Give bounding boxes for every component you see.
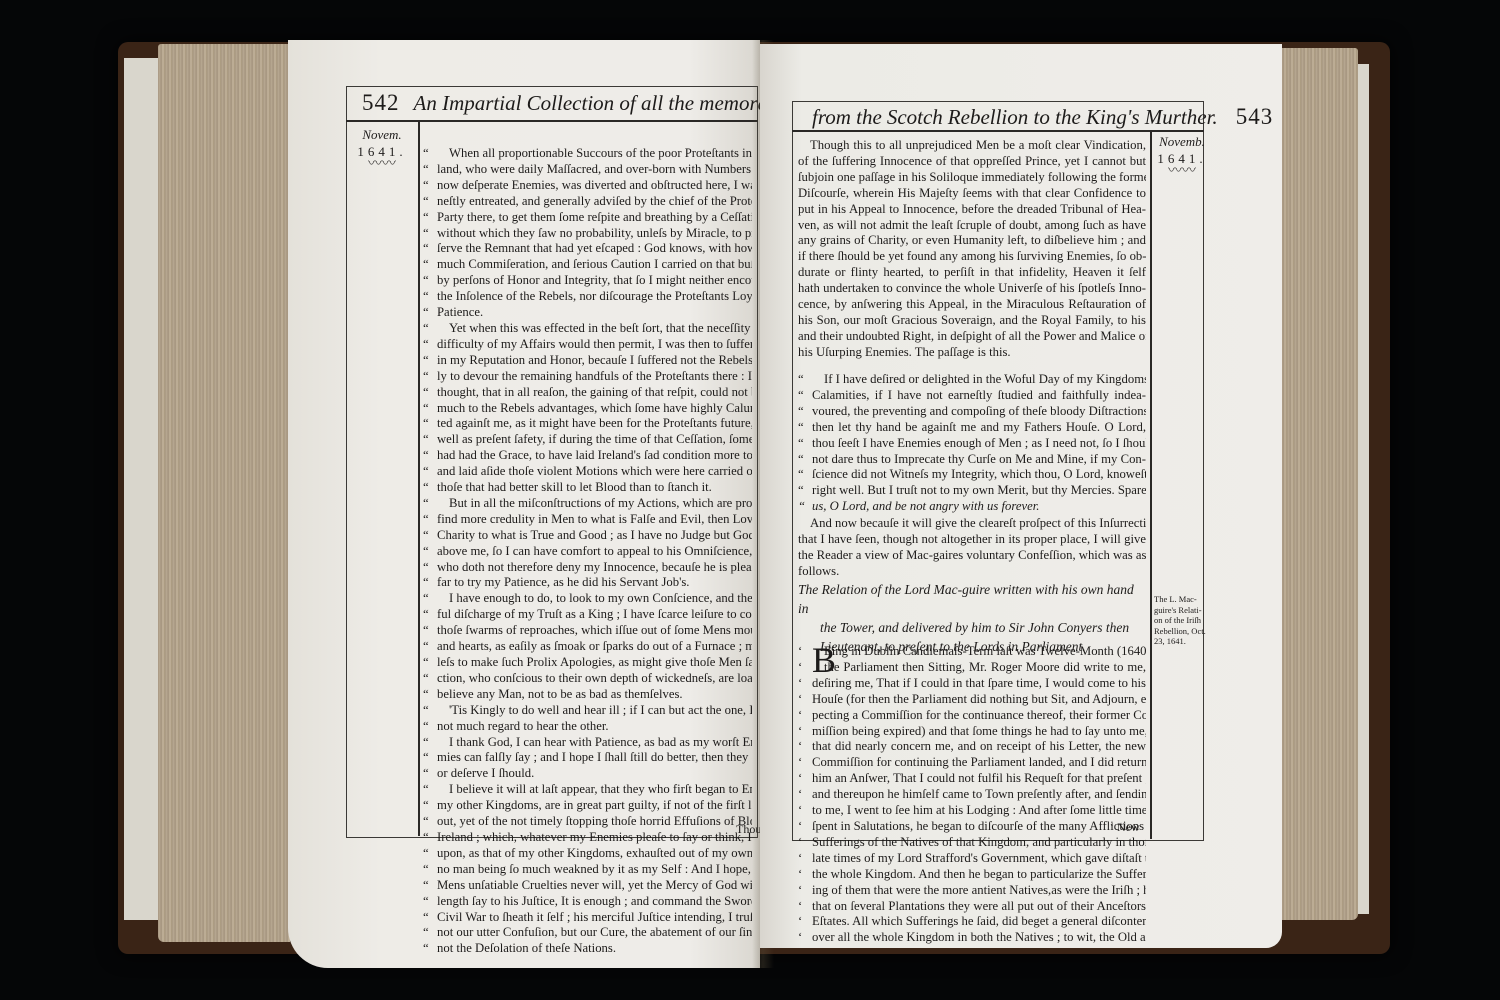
text-line: “not dare thus to Imprecate thy Curſe on… bbox=[798, 452, 1146, 468]
text-line: ven, as will not admit the leaſt ſcruple… bbox=[798, 218, 1146, 234]
heading-line: the Tower, and delivered by him to Sir J… bbox=[798, 618, 1146, 637]
line-text: put in his Appeal to Innocence, before t… bbox=[798, 202, 1146, 216]
text-line: “not the Deſolation of theſe Nations. bbox=[423, 941, 752, 957]
line-text: upon, as that of my other Kingdoms, exha… bbox=[437, 846, 752, 860]
text-line: “or deſerve I ſhould. bbox=[423, 766, 752, 782]
line-text: If I have deſired or delighted in the Wo… bbox=[824, 372, 1146, 386]
margin-column-rule bbox=[418, 122, 420, 836]
running-head-part-1: from the bbox=[812, 105, 882, 130]
quote-mark: “ bbox=[798, 404, 812, 420]
text-line: that I have ſeen, though not altogether … bbox=[798, 532, 1146, 548]
line-text: Yet when this was effected in the beſt ſ… bbox=[449, 321, 752, 335]
line-text: or deſerve I ſhould. bbox=[437, 766, 534, 780]
text-line: his Uſurping Enemies. The paſſage is thi… bbox=[798, 345, 1146, 361]
text-line: ‘miſſion being expired) and that ſome th… bbox=[798, 724, 1146, 740]
line-text: over all the whole Kingdom in both the N… bbox=[812, 930, 1146, 944]
page-number: 543 bbox=[1236, 104, 1274, 130]
quote-mark: ‘ bbox=[798, 724, 812, 740]
line-text: much to the Rebels advantages, which ſom… bbox=[437, 401, 752, 415]
line-text: without which they ſaw no probability, u… bbox=[437, 226, 752, 240]
text-line: ‘late times of my Lord Strafford's Gover… bbox=[798, 851, 1146, 867]
quote-mark: “ bbox=[798, 420, 812, 436]
quote-mark: ‘ bbox=[798, 851, 812, 867]
quote-mark: “ bbox=[423, 162, 437, 178]
text-line: ‘pecting a Commiſſion for the continuanc… bbox=[798, 708, 1146, 724]
quote-mark: “ bbox=[423, 750, 437, 766]
quote-mark: “ bbox=[423, 210, 437, 226]
marginal-note: The L. Mac-guire's Relati-on of the Iriſ… bbox=[1154, 594, 1210, 647]
text-line: ‘that did nearly concern me, and on rece… bbox=[798, 739, 1146, 755]
right-page-header: from the Scotch Rebellion to the King's … bbox=[812, 104, 1273, 130]
running-head-part-2: Scotch bbox=[887, 105, 943, 130]
line-text: Eing in Dublin Candlemaſs-Term laſt was … bbox=[824, 644, 1146, 658]
quote-mark: “ bbox=[423, 512, 437, 528]
text-line: “the Inſolence of the Rebels, nor diſcou… bbox=[423, 289, 752, 305]
line-text: Calamities, if I have not earneſtly ſtud… bbox=[812, 388, 1146, 402]
line-text: had had the Grace, to have laid Ireland'… bbox=[437, 448, 752, 462]
text-line: “much to the Rebels advantages, which ſo… bbox=[423, 401, 752, 417]
text-line: “now deſperate Enemies, was diverted and… bbox=[423, 178, 752, 194]
text-line: “Charity to what is True and Good ; as I… bbox=[423, 528, 752, 544]
text-line: put in his Appeal to Innocence, before t… bbox=[798, 202, 1146, 218]
text-line: follows. bbox=[798, 564, 1146, 580]
transition-paragraph: And now becauſe it will give the cleareſ… bbox=[798, 516, 1146, 580]
catchword: ‘ New bbox=[1110, 820, 1140, 835]
quote-mark: “ bbox=[423, 703, 437, 719]
line-text: voured, the preventing and compoſing of … bbox=[812, 404, 1146, 418]
text-line: “out, yet of the not timely ſtopping tho… bbox=[423, 814, 752, 830]
text-line: “well as preſent ſafety, if during the t… bbox=[423, 432, 752, 448]
quote-mark: ‘ bbox=[798, 739, 812, 755]
quote-mark: “ bbox=[423, 432, 437, 448]
line-text: Charity to what is True and Good ; as I … bbox=[437, 528, 752, 542]
text-line: ſubjoin one paſſage in his Soliloque imm… bbox=[798, 170, 1146, 186]
line-text: durate or flinty hearted, to perſiſt in … bbox=[798, 265, 1146, 279]
line-text: believe any Man, not to be as bad as the… bbox=[437, 687, 683, 701]
header-rule bbox=[346, 120, 758, 122]
line-text: well as preſent ſafety, if during the ti… bbox=[437, 432, 752, 446]
quote-mark: “ bbox=[423, 623, 437, 639]
line-text: I have enough to do, to look to my own C… bbox=[449, 591, 752, 605]
line-text: When all proportionable Succours of the … bbox=[449, 146, 752, 160]
line-text: the Parliament then Sitting, Mr. Roger M… bbox=[824, 660, 1146, 674]
quote-mark: ‘ bbox=[798, 914, 812, 930]
text-line: the Reader a view of Mac-gaires voluntar… bbox=[798, 548, 1146, 564]
line-text: Diſcourſe, wherein His Majeſty ſeems wit… bbox=[798, 186, 1146, 200]
quote-mark: “ bbox=[798, 499, 812, 515]
text-line: And now becauſe it will give the cleareſ… bbox=[798, 516, 1146, 532]
text-line: ‘over all the whole Kingdom in both the … bbox=[798, 930, 1146, 946]
line-text: land, who were daily Maſſacred, and over… bbox=[437, 162, 752, 176]
line-text: right well. But I truſt not to my own Me… bbox=[812, 483, 1146, 497]
line-text: not our utter Confuſion, but our Cure, t… bbox=[437, 925, 752, 939]
line-text: neſtly entreated, and generally adviſed … bbox=[437, 194, 752, 208]
quote-mark: ‘ bbox=[798, 819, 812, 835]
quote-mark: “ bbox=[423, 289, 437, 305]
quote-mark: “ bbox=[423, 894, 437, 910]
line-text: the whole Kingdom. And then he began to … bbox=[812, 867, 1146, 881]
margin-column-rule bbox=[1150, 132, 1152, 839]
text-line: “mies can falſly ſay ; and I hope I ſhal… bbox=[423, 750, 752, 766]
line-text: 'Tis Kingly to do well and hear ill ; if… bbox=[449, 703, 752, 717]
text-line: “leſs to make ſuch Prolix Apologies, as … bbox=[423, 655, 752, 671]
quote-mark: ‘ bbox=[798, 692, 812, 708]
quote-mark: ‘ bbox=[798, 803, 812, 819]
quote-mark: ‘ bbox=[798, 835, 812, 851]
line-text: Civil War to ſheath it ſelf ; his mercif… bbox=[437, 910, 752, 924]
margin-date: Novemb. 1641. 〰〰 bbox=[1152, 133, 1212, 177]
line-text: miſſion being expired) and that ſome thi… bbox=[812, 724, 1146, 738]
sidenote-line: guire's Relati- bbox=[1154, 605, 1210, 616]
text-line: “right well. But I truſt not to my own M… bbox=[798, 483, 1146, 499]
quote-mark: “ bbox=[423, 687, 437, 703]
quote-mark: “ bbox=[423, 735, 437, 751]
text-line: “my other Kingdoms, are in great part gu… bbox=[423, 798, 752, 814]
text-line: “find more credulity in Men to what is F… bbox=[423, 512, 752, 528]
line-text: ſpent in Salutations, he began to diſcou… bbox=[812, 819, 1146, 833]
quote-mark: “ bbox=[423, 321, 437, 337]
quote-mark: “ bbox=[423, 862, 437, 878]
text-line: any grains of Charity, or even Humanity … bbox=[798, 233, 1146, 249]
running-head-part-3: Rebellion to the King's Murther. bbox=[948, 105, 1218, 130]
line-text: then let thy hand be againſt me and my F… bbox=[812, 420, 1146, 434]
line-text: Party there, to get them ſome reſpite an… bbox=[437, 210, 752, 224]
text-line: ‘deſiring me, That if I could in that ſp… bbox=[798, 676, 1146, 692]
text-line: “length ſay to his Juſtice, It is enough… bbox=[423, 894, 752, 910]
line-text: late times of my Lord Strafford's Govern… bbox=[812, 851, 1146, 865]
soliloquy-quote: “If I have deſired or delighted in the W… bbox=[798, 372, 1146, 515]
quote-mark: “ bbox=[423, 830, 437, 846]
relation-body: B‘Eing in Dublin Candlemaſs-Term laſt wa… bbox=[798, 644, 1146, 946]
left-page-block-edge bbox=[158, 44, 290, 942]
quote-mark: “ bbox=[798, 483, 812, 499]
line-text: Eſtates. All which Sufferings he ſaid, d… bbox=[812, 914, 1146, 928]
quote-mark: “ bbox=[423, 719, 437, 735]
line-text: much Commiſeration, and ſerious Caution … bbox=[437, 257, 752, 271]
quote-mark: “ bbox=[423, 416, 437, 432]
text-line: ‘Sufferings of the Natives of that Kingd… bbox=[798, 835, 1146, 851]
quote-mark: “ bbox=[423, 925, 437, 941]
quote-mark: “ bbox=[423, 782, 437, 798]
quote-mark: ‘ bbox=[798, 755, 812, 771]
text-line: if there ſhould be yet found any among h… bbox=[798, 249, 1146, 265]
line-text: no man being ſo much weakned by it as my… bbox=[437, 862, 752, 876]
text-line: “Mens unſatiable Cruelties never will, y… bbox=[423, 878, 752, 894]
line-text: and laid aſide thoſe violent Motions whi… bbox=[437, 464, 752, 478]
line-text: the Reader a view of Mac-gaires voluntar… bbox=[798, 548, 1146, 562]
line-text: that did nearly concern me, and on recei… bbox=[812, 739, 1146, 753]
quote-mark: “ bbox=[423, 241, 437, 257]
quote-mark: “ bbox=[423, 798, 437, 814]
line-text: ven, as will not admit the leaſt ſcruple… bbox=[798, 218, 1146, 232]
text-line: ‘the Parliament then Sitting, Mr. Roger … bbox=[798, 660, 1146, 676]
line-text: Though this to all unprejudiced Men be a… bbox=[810, 138, 1146, 152]
quote-mark: “ bbox=[423, 496, 437, 512]
heading-line: The Relation of the Lord Mac-guire writt… bbox=[798, 580, 1146, 618]
quote-mark: “ bbox=[798, 467, 812, 483]
quote-mark: “ bbox=[423, 146, 437, 162]
text-line: cence, by anſwering this Appeal, in the … bbox=[798, 297, 1146, 313]
text-line: “Ireland ; which, whatever my Enemies pl… bbox=[423, 830, 752, 846]
text-line: “had had the Grace, to have laid Ireland… bbox=[423, 448, 752, 464]
quote-mark: “ bbox=[423, 941, 437, 957]
line-text: cence, by anſwering this Appeal, in the … bbox=[798, 297, 1146, 311]
margin-month: Novemb. bbox=[1152, 133, 1212, 150]
quote-mark: “ bbox=[423, 178, 437, 194]
line-text: length ſay to his Juſtice, It is enough … bbox=[437, 894, 752, 908]
quote-mark: “ bbox=[423, 369, 437, 385]
text-line: “above me, ſo I can have comfort to appe… bbox=[423, 544, 752, 560]
text-line: ‘Commiſſion for continuing the Parliamen… bbox=[798, 755, 1146, 771]
swash-ornament-icon: 〰〰 bbox=[350, 160, 414, 170]
line-text: and thereupon he himſelf came to Town pr… bbox=[812, 787, 1146, 801]
line-text: leſs to make ſuch Prolix Apologies, as m… bbox=[437, 655, 752, 669]
line-text: and their undoubted Right, in deſpight o… bbox=[798, 329, 1146, 343]
line-text: But in all the miſconſtructions of my Ac… bbox=[449, 496, 752, 510]
intro-paragraph: Though this to all unprejudiced Men be a… bbox=[798, 138, 1146, 361]
quote-mark: “ bbox=[423, 560, 437, 576]
left-flyleaf bbox=[124, 58, 162, 920]
text-line: “by perſons of Honor and Integrity, that… bbox=[423, 273, 752, 289]
line-text: difficulty of my Affairs would then perm… bbox=[437, 337, 752, 351]
quote-mark: “ bbox=[423, 448, 437, 464]
text-line: “not much regard to hear the other. bbox=[423, 719, 752, 735]
text-line: Though this to all unprejudiced Men be a… bbox=[798, 138, 1146, 154]
text-line: “ction, who conſcious to their own depth… bbox=[423, 671, 752, 687]
text-line: “believe any Man, not to be as bad as th… bbox=[423, 687, 752, 703]
line-text: his Son, our moſt Gracious Soveraign, an… bbox=[798, 313, 1146, 327]
text-line: “ly to devour the remaining handfuls of … bbox=[423, 369, 752, 385]
line-text: not much regard to hear the other. bbox=[437, 719, 609, 733]
text-line: “and hearts, as eaſily as ſmoak or ſpark… bbox=[423, 639, 752, 655]
line-text: ction, who conſcious to their own depth … bbox=[437, 671, 752, 685]
text-line: “Calamities, if I have not earneſtly ſtu… bbox=[798, 388, 1146, 404]
quote-mark: “ bbox=[423, 401, 437, 417]
text-line: “without which they ſaw no probability, … bbox=[423, 226, 752, 242]
margin-month: Novem. bbox=[350, 126, 414, 143]
line-text: thought, that in all reaſon, the gaining… bbox=[437, 385, 752, 399]
line-text: far to try my Patience, as he did his Se… bbox=[437, 575, 689, 589]
quote-mark: “ bbox=[423, 194, 437, 210]
quote-mark: “ bbox=[423, 353, 437, 369]
text-line: “thought, that in all reaſon, the gainin… bbox=[423, 385, 752, 401]
line-text: him an Anſwer, That I could not fulfil h… bbox=[812, 771, 1146, 785]
text-line: ‘him an Anſwer, That I could not fulfil … bbox=[798, 771, 1146, 787]
line-text: that on ſeveral Plantations they were al… bbox=[812, 899, 1146, 913]
text-line: ‘Houſe (for then the Parliament did noth… bbox=[798, 692, 1146, 708]
text-line: “Party there, to get them ſome reſpite a… bbox=[423, 210, 752, 226]
header-rule bbox=[792, 130, 1204, 132]
text-line: “upon, as that of my other Kingdoms, exh… bbox=[423, 846, 752, 862]
line-text: of the ſuffering Innocence of that oppre… bbox=[798, 154, 1146, 168]
line-text: I believe it will at laſt appear, that t… bbox=[449, 782, 752, 796]
text-line: “difficulty of my Affairs would then per… bbox=[423, 337, 752, 353]
line-text: And now becauſe it will give the cleareſ… bbox=[810, 516, 1146, 530]
line-text: thou ſeeſt I have Enemies enough of Men … bbox=[812, 436, 1146, 450]
quote-mark: “ bbox=[423, 480, 437, 496]
line-text: and hearts, as eaſily as ſmoak or ſparks… bbox=[437, 639, 752, 653]
text-line: “thoſe that had better skill to let Bloo… bbox=[423, 480, 752, 496]
quote-mark: ‘ bbox=[798, 771, 812, 787]
line-text: that I have ſeen, though not altogether … bbox=[798, 532, 1146, 546]
text-line: “thoſe ſwarms of reproaches, which iſſue… bbox=[423, 623, 752, 639]
text-line: of the ſuffering Innocence of that oppre… bbox=[798, 154, 1146, 170]
text-line: “thou ſeeſt I have Enemies enough of Men… bbox=[798, 436, 1146, 452]
text-line: “If I have deſired or delighted in the W… bbox=[798, 372, 1146, 388]
line-text: my other Kingdoms, are in great part gui… bbox=[437, 798, 752, 812]
text-line: hath undertaken to convince the whole Un… bbox=[798, 281, 1146, 297]
quote-mark: ‘ bbox=[798, 708, 812, 724]
line-text: pecting a Commiſſion for the continuance… bbox=[812, 708, 1146, 722]
line-text: follows. bbox=[798, 564, 839, 578]
line-text: if there ſhould be yet found any among h… bbox=[798, 249, 1146, 263]
quote-mark: “ bbox=[423, 257, 437, 273]
line-text: Ireland ; which, whatever my Enemies ple… bbox=[437, 830, 752, 844]
quote-mark: “ bbox=[423, 305, 437, 321]
line-text: us, O Lord, and be not angry with us for… bbox=[812, 499, 1039, 513]
line-text: above me, ſo I can have comfort to appea… bbox=[437, 544, 752, 558]
quote-mark: ‘ bbox=[798, 787, 812, 803]
line-text: ſubjoin one paſſage in his Soliloque imm… bbox=[798, 170, 1146, 184]
quote-mark: “ bbox=[798, 388, 812, 404]
quote-mark: “ bbox=[423, 639, 437, 655]
right-page-block-edge bbox=[1280, 48, 1358, 920]
sidenote-line: 23, 1641. bbox=[1154, 636, 1210, 647]
quote-mark: “ bbox=[423, 591, 437, 607]
text-line: ‘Eſtates. All which Sufferings he ſaid, … bbox=[798, 914, 1146, 930]
text-line: “then let thy hand be againſt me and my … bbox=[798, 420, 1146, 436]
text-line: “voured, the preventing and compoſing of… bbox=[798, 404, 1146, 420]
text-line: “us, O Lord, and be not angry with us fo… bbox=[798, 499, 1146, 515]
quote-mark: ‘ bbox=[798, 899, 812, 915]
quote-mark: ‘ bbox=[798, 883, 812, 899]
text-line: “But in all the miſconſtructions of my A… bbox=[423, 496, 752, 512]
quote-mark: “ bbox=[423, 607, 437, 623]
text-line: “and laid aſide thoſe violent Motions wh… bbox=[423, 464, 752, 480]
margin-date: Novem. 1641. 〰〰 bbox=[350, 126, 414, 170]
line-text: by perſons of Honor and Integrity, that … bbox=[437, 273, 752, 287]
text-line: “neſtly entreated, and generally adviſed… bbox=[423, 194, 752, 210]
left-page-body: “When all proportionable Succours of the… bbox=[423, 146, 752, 957]
text-line: durate or flinty hearted, to perſiſt in … bbox=[798, 265, 1146, 281]
line-text: deſiring me, That if I could in that ſpa… bbox=[812, 676, 1146, 690]
quote-mark: “ bbox=[423, 385, 437, 401]
text-line: “not our utter Confuſion, but our Cure, … bbox=[423, 925, 752, 941]
text-line: his Son, our moſt Gracious Soveraign, an… bbox=[798, 313, 1146, 329]
line-text: ſcience did not Witneſs my Integrity, wh… bbox=[812, 467, 1146, 481]
quote-mark: “ bbox=[423, 226, 437, 242]
text-line: ‘ing of them that were the more antient … bbox=[798, 883, 1146, 899]
quote-mark: “ bbox=[423, 575, 437, 591]
line-text: ful diſcharge of my Truſt as a King ; I … bbox=[437, 607, 752, 621]
text-line: ‘Eing in Dublin Candlemaſs-Term laſt was… bbox=[798, 644, 1146, 660]
line-text: ſerve the Remnant that had yet eſcaped :… bbox=[437, 241, 752, 255]
line-text: Commiſſion for continuing the Parliament… bbox=[812, 755, 1146, 769]
quote-mark: “ bbox=[423, 528, 437, 544]
line-text: the Inſolence of the Rebels, nor diſcour… bbox=[437, 289, 752, 303]
line-text: hath undertaken to convince the whole Un… bbox=[798, 281, 1146, 295]
text-line: “I have enough to do, to look to my own … bbox=[423, 591, 752, 607]
text-line: ‘the whole Kingdom. And then he began to… bbox=[798, 867, 1146, 883]
quote-mark: “ bbox=[423, 671, 437, 687]
text-line: “I thank God, I can hear with Patience, … bbox=[423, 735, 752, 751]
line-text: to me, I went to ſee him at his Lodging … bbox=[812, 803, 1146, 817]
sidenote-line: on of the Iriſh bbox=[1154, 615, 1210, 626]
quote-mark: “ bbox=[423, 655, 437, 671]
quote-mark: “ bbox=[423, 878, 437, 894]
text-line: ‘ſpent in Salutations, he began to diſco… bbox=[798, 819, 1146, 835]
line-text: thoſe that had better skill to let Blood… bbox=[437, 480, 712, 494]
quote-mark: “ bbox=[798, 452, 812, 468]
text-line: “Patience. bbox=[423, 305, 752, 321]
line-text: who doth not therefore deny my Innocence… bbox=[437, 560, 752, 574]
line-text: any grains of Charity, or even Humanity … bbox=[798, 233, 1146, 247]
quote-mark: ‘ bbox=[798, 930, 812, 946]
text-line: “in my Reputation and Honor, becauſe I ſ… bbox=[423, 353, 752, 369]
quote-mark: “ bbox=[423, 846, 437, 862]
text-line: “land, who were daily Maſſacred, and ove… bbox=[423, 162, 752, 178]
text-line: “ted againſt me, as it might have been f… bbox=[423, 416, 752, 432]
drop-cap: B bbox=[812, 645, 836, 675]
quote-mark: “ bbox=[423, 544, 437, 560]
quote-mark: “ bbox=[423, 464, 437, 480]
swash-ornament-icon: 〰〰 bbox=[1152, 167, 1212, 177]
line-text: Houſe (for then the Parliament did nothi… bbox=[812, 692, 1146, 706]
text-line: “Civil War to ſheath it ſelf ; his merci… bbox=[423, 910, 752, 926]
quote-mark: “ bbox=[423, 910, 437, 926]
text-line: “much Commiſeration, and ſerious Caution… bbox=[423, 257, 752, 273]
quote-mark: “ bbox=[798, 436, 812, 452]
line-text: ing of them that were the more antient N… bbox=[812, 883, 1146, 897]
sidenote-line: Rebellion, Oct. bbox=[1154, 626, 1210, 637]
line-text: ly to devour the remaining handfuls of t… bbox=[437, 369, 752, 383]
quote-mark: “ bbox=[423, 766, 437, 782]
quote-mark: “ bbox=[423, 273, 437, 289]
line-text: mies can falſly ſay ; and I hope I ſhall… bbox=[437, 750, 752, 764]
line-text: his Uſurping Enemies. The paſſage is thi… bbox=[798, 345, 1011, 359]
line-text: in my Reputation and Honor, becauſe I ſu… bbox=[437, 353, 752, 367]
line-text: Sufferings of the Natives of that Kingdo… bbox=[812, 835, 1146, 849]
text-line: “ful diſcharge of my Truſt as a King ; I… bbox=[423, 607, 752, 623]
line-text: not dare thus to Imprecate thy Curſe on … bbox=[812, 452, 1146, 466]
quote-mark: ‘ bbox=[798, 676, 812, 692]
page-number: 542 bbox=[362, 90, 400, 116]
line-text: now deſperate Enemies, was diverted and … bbox=[437, 178, 752, 192]
text-line: ‘and thereupon he himſelf came to Town p… bbox=[798, 787, 1146, 803]
quote-mark: ‘ bbox=[798, 867, 812, 883]
text-line: “I believe it will at laſt appear, that … bbox=[423, 782, 752, 798]
line-text: thoſe ſwarms of reproaches, which iſſue … bbox=[437, 623, 752, 637]
text-line: “who doth not therefore deny my Innocenc… bbox=[423, 560, 752, 576]
quote-mark: “ bbox=[798, 372, 812, 388]
line-text: I thank God, I can hear with Patience, a… bbox=[449, 735, 752, 749]
text-line: ‘to me, I went to ſee him at his Lodging… bbox=[798, 803, 1146, 819]
quote-mark: “ bbox=[423, 814, 437, 830]
line-text: out, yet of the not timely ſtopping thoſ… bbox=[437, 814, 752, 828]
quote-mark: “ bbox=[423, 337, 437, 353]
text-line: “'Tis Kingly to do well and hear ill ; i… bbox=[423, 703, 752, 719]
text-line: “When all proportionable Succours of the… bbox=[423, 146, 752, 162]
line-text: Patience. bbox=[437, 305, 483, 319]
text-line: “ſcience did not Witneſs my Integrity, w… bbox=[798, 467, 1146, 483]
text-line: Diſcourſe, wherein His Majeſty ſeems wit… bbox=[798, 186, 1146, 202]
text-line: “ſerve the Remnant that had yet eſcaped … bbox=[423, 241, 752, 257]
text-line: “Yet when this was effected in the beſt … bbox=[423, 321, 752, 337]
text-line: and their undoubted Right, in deſpight o… bbox=[798, 329, 1146, 345]
text-line: ‘that on ſeveral Plantations they were a… bbox=[798, 899, 1146, 915]
line-text: ted againſt me, as it might have been fo… bbox=[437, 416, 752, 430]
line-text: Mens unſatiable Cruelties never will, ye… bbox=[437, 878, 752, 892]
